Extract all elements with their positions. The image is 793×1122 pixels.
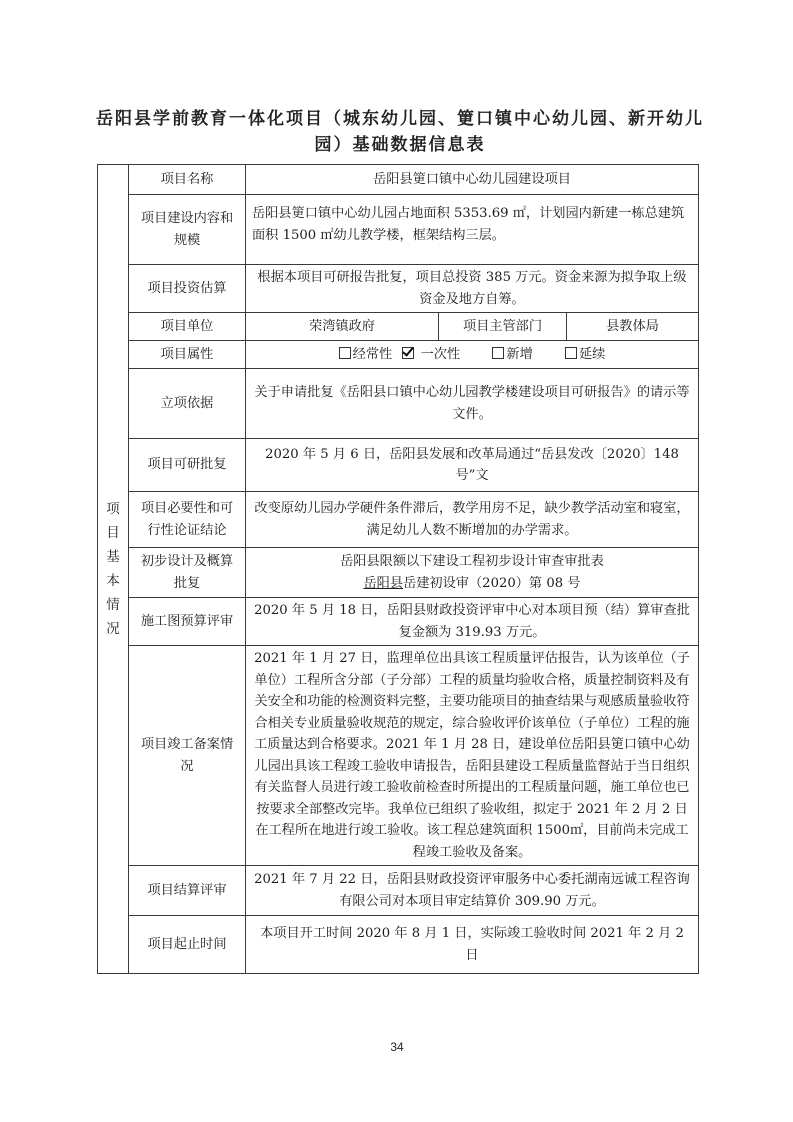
row-project-name: 项 目 基 本 情 况 项目名称 岳阳县筻口镇中心幼儿园建设项目 xyxy=(98,165,699,195)
label-dept: 项目主管部门 xyxy=(439,313,567,341)
row-completion: 项目竣工备案情况 2021 年 1 月 27 日，监理单位出具该工程质量评估报告… xyxy=(98,646,699,866)
row-feasibility: 项目可研批复 2020 年 5 月 6 日，岳阳县发展和改革局通过“岳县发改〔2… xyxy=(98,439,699,492)
checkbox-empty-icon xyxy=(492,347,504,359)
row-period: 项目起止时间 本项目开工时间 2020 年 8 月 1 日，实际竣工验收时间 2… xyxy=(98,916,699,974)
label-period: 项目起止时间 xyxy=(129,916,246,974)
value-dept: 县教体局 xyxy=(567,313,699,341)
value-project-name: 岳阳县筻口镇中心幼儿园建设项目 xyxy=(246,165,699,195)
section-label-char: 本 xyxy=(104,569,122,593)
checkbox-empty-icon xyxy=(565,347,577,359)
project-info-table: 项 目 基 本 情 况 项目名称 岳阳县筻口镇中心幼儿园建设项目 项目建设内容和… xyxy=(97,164,699,974)
value-period: 本项目开工时间 2020 年 8 月 1 日，实际竣工验收时间 2021 年 2… xyxy=(246,916,699,974)
value-unit: 荣湾镇政府 xyxy=(246,313,439,341)
document-title: 岳阳县学前教育一体化项目（城东幼儿园、筻口镇中心幼儿园、新开幼儿园）基础数据信息… xyxy=(90,106,710,158)
row-settlement: 项目结算评审 2021 年 7 月 22 日，岳阳县财政投资评审服务中心委托湖南… xyxy=(98,866,699,916)
row-necessity: 项目必要性和可行性论证结论 改变原幼儿园办学硬件条件滞后，教学用房不足，缺少教学… xyxy=(98,492,699,548)
row-budget-review: 施工图预算评审 2020 年 5 月 18 日，岳阳县财政投资评审中心对本项目预… xyxy=(98,598,699,646)
label-investment: 项目投资估算 xyxy=(129,265,246,313)
checkbox-regular[interactable]: 经常性 xyxy=(339,344,393,366)
row-unit: 项目单位 荣湾镇政府 项目主管部门 县教体局 xyxy=(98,313,699,341)
value-scope: 岳阳县筻口镇中心幼儿园占地面积 5353.69 ㎡，计划园内新建一栋总建筑面积 … xyxy=(246,195,699,265)
section-label-char: 项 xyxy=(104,497,122,521)
value-settlement: 2021 年 7 月 22 日，岳阳县财政投资评审服务中心委托湖南远诚工程咨询有… xyxy=(246,866,699,916)
section-label-char: 目 xyxy=(104,521,122,545)
row-attribute: 项目属性 经常性 一次性 新增 延续 xyxy=(98,341,699,369)
value-necessity: 改变原幼儿园办学硬件条件滞后，教学用房不足，缺少教学活动室和寝室，满足幼儿人数不… xyxy=(246,492,699,548)
label-settlement: 项目结算评审 xyxy=(129,866,246,916)
checkbox-one-time[interactable]: 一次性 xyxy=(402,344,460,366)
label-attribute: 项目属性 xyxy=(129,341,246,369)
value-investment: 根据本项目可研报告批复，项目总投资 385 万元。资金来源为拟争取上级资金及地方… xyxy=(246,265,699,313)
label-project-name: 项目名称 xyxy=(129,165,246,195)
label-necessity: 项目必要性和可行性论证结论 xyxy=(129,492,246,548)
preliminary-line-2: 岳阳县岳建初设审（2020）第 08 号 xyxy=(252,573,692,595)
value-basis: 关于申请批复《岳阳县口镇中心幼儿园教学楼建设项目可研报告》的请示等文件。 xyxy=(246,369,699,439)
label-feasibility: 项目可研批复 xyxy=(129,439,246,492)
value-budget-review: 2020 年 5 月 18 日，岳阳县财政投资评审中心对本项目预（结）算审查批复… xyxy=(246,598,699,646)
section-label-char: 基 xyxy=(104,545,122,569)
row-scope: 项目建设内容和规模 岳阳县筻口镇中心幼儿园占地面积 5353.69 ㎡，计划园内… xyxy=(98,195,699,265)
checkbox-continued[interactable]: 延续 xyxy=(565,344,605,366)
page-number: 34 xyxy=(380,1040,414,1054)
label-completion: 项目竣工备案情况 xyxy=(129,646,246,866)
checkbox-checked-icon xyxy=(402,347,414,359)
label-unit: 项目单位 xyxy=(129,313,246,341)
checkbox-new[interactable]: 新增 xyxy=(492,344,532,366)
label-budget-review: 施工图预算评审 xyxy=(129,598,246,646)
section-label: 项 目 基 本 情 况 xyxy=(98,165,129,974)
row-preliminary: 初步设计及概算批复 岳阳县限额以下建设工程初步设计审查审批表 岳阳县岳建初设审（… xyxy=(98,548,699,598)
attribute-options: 经常性 一次性 新增 延续 xyxy=(246,341,699,369)
value-preliminary: 岳阳县限额以下建设工程初步设计审查审批表 岳阳县岳建初设审（2020）第 08 … xyxy=(246,548,699,598)
preliminary-line-1: 岳阳县限额以下建设工程初步设计审查审批表 xyxy=(252,551,692,573)
value-completion: 2021 年 1 月 27 日，监理单位出具该工程质量评估报告，认为该单位（子单… xyxy=(246,646,699,866)
label-basis: 立项依据 xyxy=(129,369,246,439)
label-preliminary: 初步设计及概算批复 xyxy=(129,548,246,598)
section-label-char: 情 xyxy=(104,593,122,617)
value-feasibility: 2020 年 5 月 6 日，岳阳县发展和改革局通过“岳县发改〔2020〕148… xyxy=(246,439,699,492)
section-label-char: 况 xyxy=(104,617,122,641)
checkbox-empty-icon xyxy=(339,347,351,359)
row-basis: 立项依据 关于申请批复《岳阳县口镇中心幼儿园教学楼建设项目可研报告》的请示等文件… xyxy=(98,369,699,439)
label-scope: 项目建设内容和规模 xyxy=(129,195,246,265)
row-investment: 项目投资估算 根据本项目可研报告批复，项目总投资 385 万元。资金来源为拟争取… xyxy=(98,265,699,313)
